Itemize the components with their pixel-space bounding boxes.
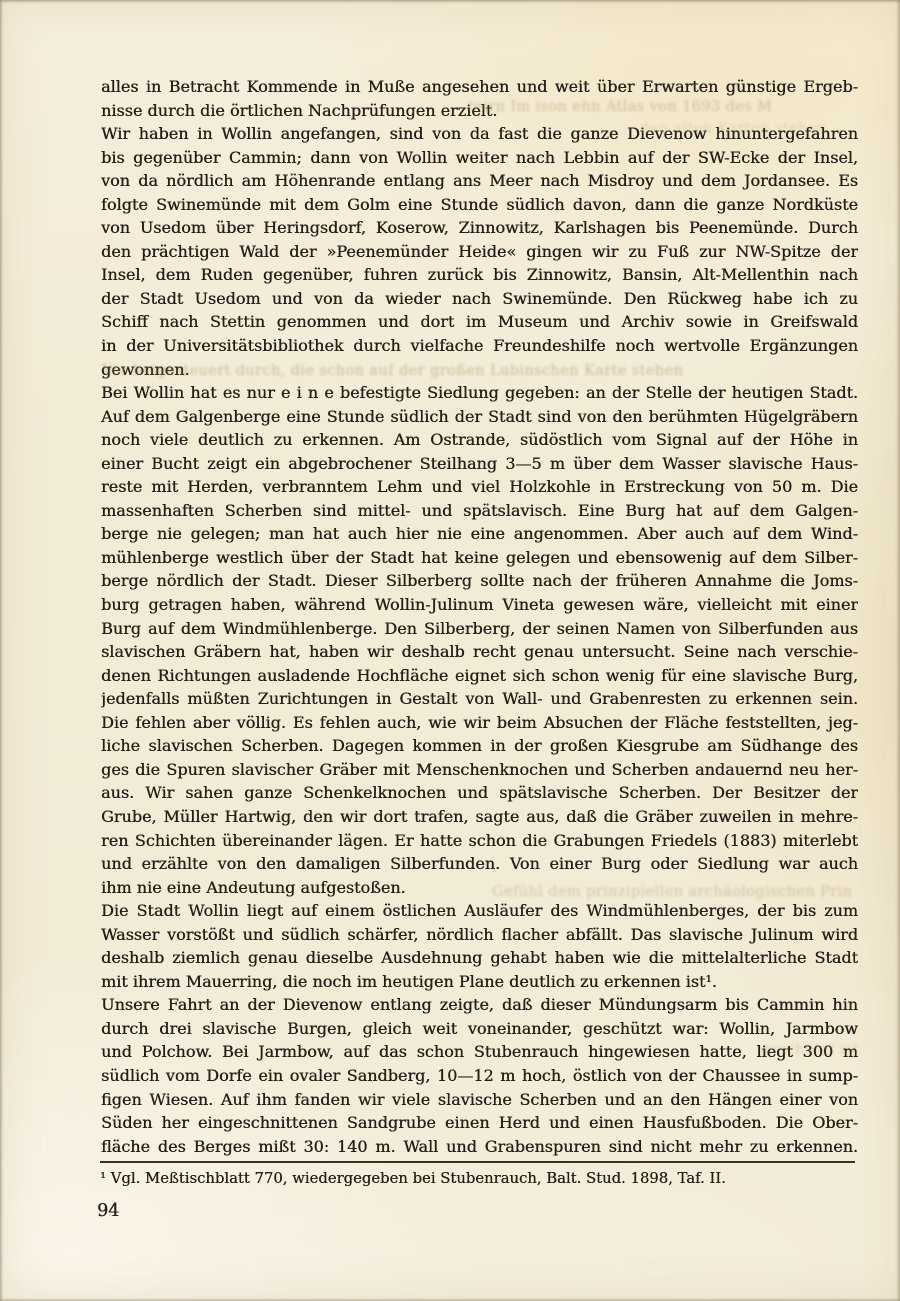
scanned-book-page: alles in Betracht Kommende in Muße anges…: [0, 0, 900, 1301]
text-line: Wir haben in Wollin angefangen, sind von…: [101, 122, 858, 146]
text-line: slavischen Gräbern hat, haben wir deshal…: [101, 640, 858, 664]
text-line: burg getragen haben, während Wollin-Juli…: [101, 593, 858, 617]
text-line: mühlenberge westlich über der Stadt hat …: [101, 546, 858, 570]
text-line: mit ihrem Mauerring, die noch im heutige…: [101, 970, 858, 994]
text-line: gewonnen.: [101, 358, 858, 382]
text-line: figen Wiesen. Auf ihm fanden wir viele s…: [101, 1088, 858, 1112]
text-line: Grube, Müller Hartwig, den wir dort traf…: [101, 805, 858, 829]
text-line: Auf dem Galgenberge eine Stunde südlich …: [101, 405, 858, 429]
text-line: südlich vom Dorfe ein ovaler Sandberg, 1…: [101, 1064, 858, 1088]
text-line: Schiff nach Stettin genommen und dort im…: [101, 310, 858, 334]
text-line: noch viele deutlich zu erkennen. Am Ostr…: [101, 428, 858, 452]
footnote-rule: [100, 1161, 855, 1163]
text-line: den prächtigen Wald der »Peenemünder Hei…: [101, 240, 858, 264]
text-line: reste mit Herden, verbranntem Lehm und v…: [101, 475, 858, 499]
text-line: berge nördlich der Stadt. Dieser Silberb…: [101, 569, 858, 593]
text-line: bis gegenüber Cammin; dann von Wollin we…: [101, 146, 858, 170]
text-line: Die Stadt Wollin liegt auf einem östlich…: [101, 899, 858, 923]
text-line: ges die Spuren slavischer Gräber mit Men…: [101, 758, 858, 782]
text-line: von Usedom über Heringsdorf, Koserow, Zi…: [101, 216, 858, 240]
text-line: Die fehlen aber völlig. Es fehlen auch, …: [101, 711, 858, 735]
text-line: einer Bucht zeigt ein abgebrochener Stei…: [101, 452, 858, 476]
text-line: liche slavischen Scherben. Dagegen komme…: [101, 734, 858, 758]
text-line: von da nördlich am Höhenrande entlang an…: [101, 169, 858, 193]
text-line: Süden her eingeschnittenen Sandgrube ein…: [101, 1111, 858, 1135]
text-line: Wasser vorstößt und südlich schärfer, nö…: [101, 923, 858, 947]
text-line: folgte Swinemünde mit dem Golm eine Stun…: [101, 193, 858, 217]
text-line: Burg auf dem Windmühlenberge. Den Silber…: [101, 617, 858, 641]
text-line: ren Schichten übereinander lägen. Er hat…: [101, 829, 858, 853]
text-line: Bei Wollin hat es nur e i n e befestigte…: [101, 381, 858, 405]
footnote: ¹ Vgl. Meßtischblatt 770, wiedergegeben …: [100, 1168, 857, 1190]
text-line: Insel, dem Ruden gegenüber, fuhren zurüc…: [101, 263, 858, 287]
text-line: und erzählte von den damaligen Silberfun…: [101, 852, 858, 876]
text-line: durch drei slavische Burgen, gleich weit…: [101, 1017, 858, 1041]
page-number: 94: [97, 1201, 119, 1221]
text-line: fläche des Berges mißt 30: 140 m. Wall u…: [101, 1135, 858, 1159]
text-line: berge nie gelegen; man hat auch hier nie…: [101, 522, 858, 546]
text-line: und Polchow. Bei Jarmbow, auf das schon …: [101, 1040, 858, 1064]
text-line: der Stadt Usedom und von da wieder nach …: [101, 287, 858, 311]
text-line: denen Richtungen ausladende Hochfläche e…: [101, 664, 858, 688]
text-line: in der Universitätsbibliothek durch viel…: [101, 334, 858, 358]
text-line: aus. Wir sahen ganze Schenkelknochen und…: [101, 781, 858, 805]
text-line: massenhaften Scherben sind mittel- und s…: [101, 499, 858, 523]
text-line: nisse durch die örtlichen Nachprüfungen …: [101, 99, 858, 123]
text-line: ihm nie eine Andeutung aufgestoßen.: [101, 876, 858, 900]
text-block: alles in Betracht Kommende in Muße anges…: [101, 75, 858, 1158]
text-line: Unsere Fahrt an der Dievenow entlang zei…: [101, 993, 858, 1017]
text-line: deshalb ziemlich genau dieselbe Ausdehnu…: [101, 946, 858, 970]
text-line: jedenfalls müßten Zurichtungen in Gestal…: [101, 687, 858, 711]
text-line: alles in Betracht Kommende in Muße anges…: [101, 75, 858, 99]
